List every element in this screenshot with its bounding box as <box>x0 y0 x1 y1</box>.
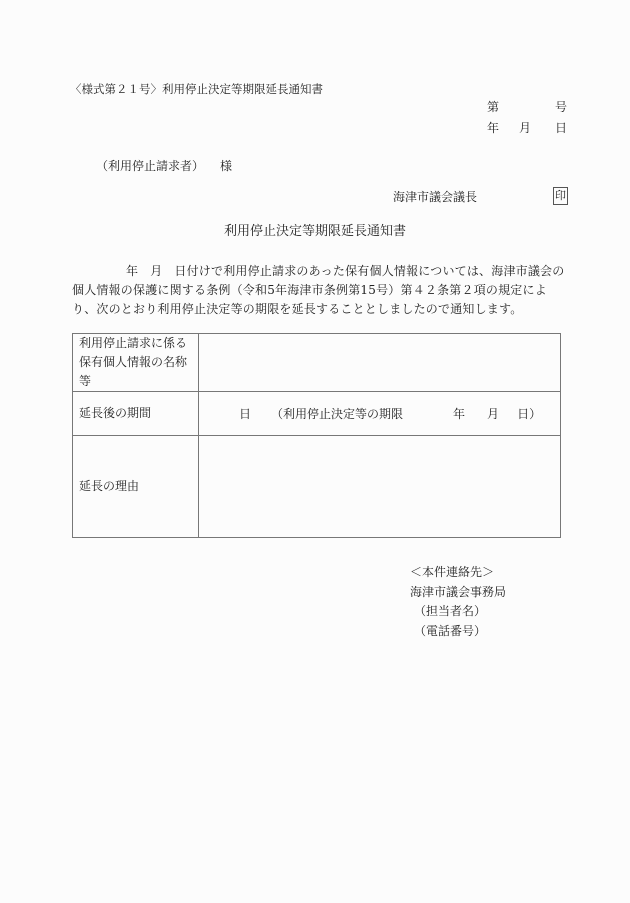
extension-reason-field[interactable] <box>199 436 561 538</box>
info-name-field[interactable] <box>199 334 561 392</box>
date-day: 日 <box>555 119 567 136</box>
deadline-year: 年 <box>453 405 465 422</box>
body-text: 日付けで利用停止請求のあった保有個人情報については、海津市議会の個人情報の保護に… <box>72 264 564 316</box>
deadline-label: （利用停止決定等の期限 <box>271 405 403 422</box>
addressee-name: （利用停止請求者） <box>96 159 204 173</box>
table-row: 延長後の期間 日（利用停止決定等の期限年月日） <box>73 392 561 436</box>
table-row: 延長の理由 <box>73 436 561 538</box>
number-prefix: 第 <box>487 98 499 115</box>
contact-person: （担当者名） <box>410 602 506 622</box>
addressee-honorific: 様 <box>220 159 232 173</box>
seal-stamp-icon: 印 <box>553 187 568 205</box>
table-label: 延長の理由 <box>73 436 199 538</box>
info-table: 利用停止請求に係る保有個人情報の名称等 延長後の期間 日（利用停止決定等の期限年… <box>72 333 561 538</box>
contact-block: ＜本件連絡先＞ 海津市議会事務局 （担当者名） （電話番号） <box>410 563 506 641</box>
date-month: 月 <box>519 119 531 136</box>
contact-office: 海津市議会事務局 <box>410 583 506 603</box>
document-title: 利用停止決定等期限延長通知書 <box>0 220 630 239</box>
deadline-day: 日） <box>517 405 541 422</box>
date-year: 年 <box>487 119 499 136</box>
period-day: 日 <box>239 405 251 422</box>
contact-heading: ＜本件連絡先＞ <box>410 563 506 583</box>
deadline-month: 月 <box>487 405 499 422</box>
body-month: 月 <box>150 264 162 278</box>
table-label: 延長後の期間 <box>73 392 199 436</box>
sender-name: 海津市議会議長 <box>393 188 477 205</box>
extended-period-field[interactable]: 日（利用停止決定等の期限年月日） <box>199 392 561 436</box>
addressee: （利用停止請求者）様 <box>96 157 232 174</box>
table-label: 利用停止請求に係る保有個人情報の名称等 <box>73 334 199 392</box>
form-number: 〈様式第２１号〉利用停止決定等期限延長通知書 <box>70 81 323 97</box>
body-year: 年 <box>126 264 138 278</box>
table-row: 利用停止請求に係る保有個人情報の名称等 <box>73 334 561 392</box>
contact-phone: （電話番号） <box>410 622 506 642</box>
body-paragraph: 年月日付けで利用停止請求のあった保有個人情報については、海津市議会の個人情報の保… <box>72 262 566 319</box>
number-suffix: 号 <box>555 98 567 115</box>
